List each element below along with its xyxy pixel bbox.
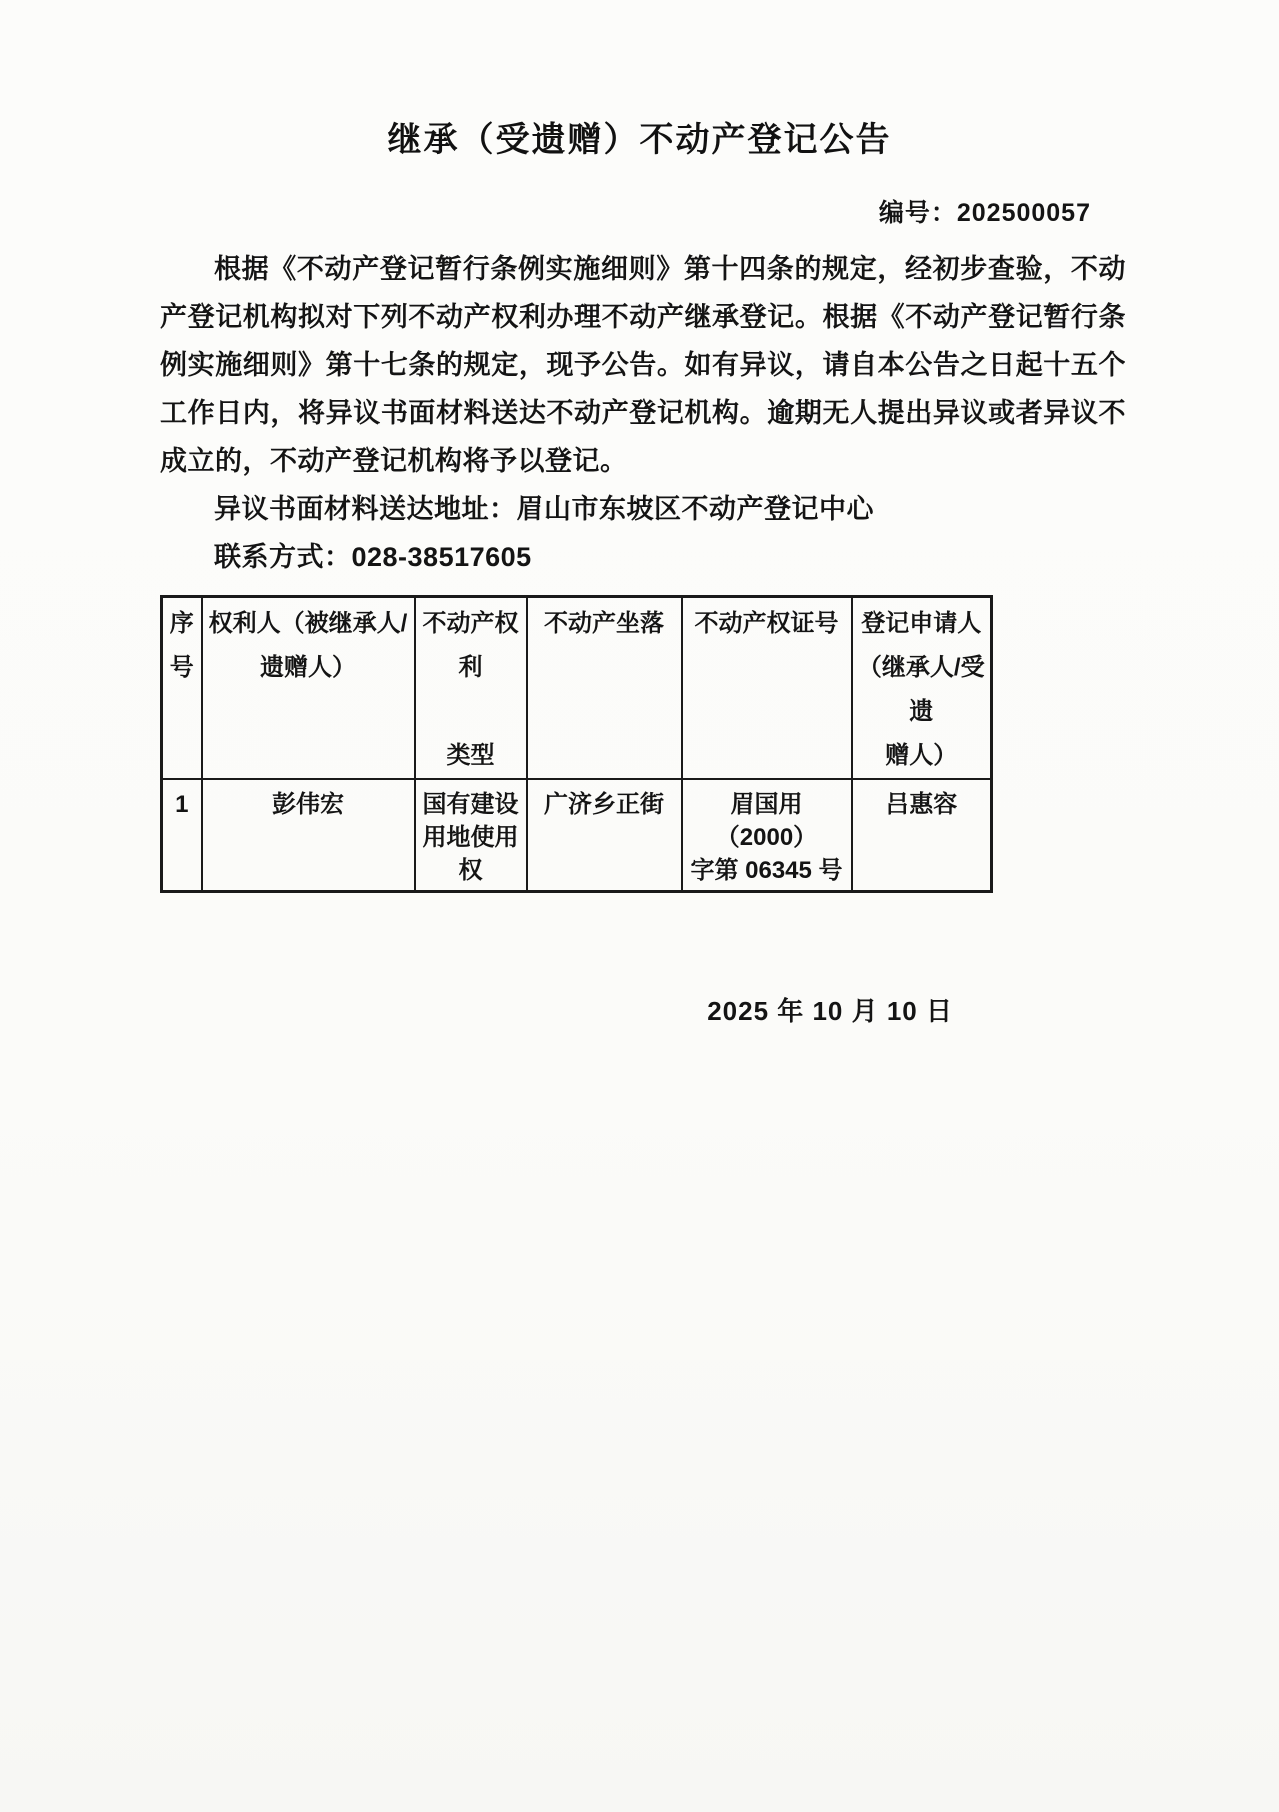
page-title: 继承（受遗赠）不动产登记公告 [0, 0, 1279, 161]
registration-table: 序 号 权利人（被继承人/ 遗赠人） 不动产权 利 类型 不动产坐落 不动产权证… [160, 595, 993, 893]
table-header-applicant: 登记申请人 （继承人/受 遗 赠人） [852, 597, 992, 780]
cell-certificate-no: 眉国用（2000） 字第 06345 号 [682, 779, 852, 891]
table-header-seq: 序 号 [162, 597, 202, 780]
table-header-right-type: 不动产权 利 类型 [415, 597, 527, 780]
table-header-location: 不动产坐落 [527, 597, 682, 780]
table-header-row: 序 号 权利人（被继承人/ 遗赠人） 不动产权 利 类型 不动产坐落 不动产权证… [162, 597, 992, 780]
cell-seq: 1 [162, 779, 202, 891]
cell-applicant: 吕惠容 [852, 779, 992, 891]
notice-document: 继承（受遗赠）不动产登记公告 编号：202500057 根据《不动产登记暂行条例… [0, 0, 1279, 1812]
objection-address-line: 异议书面材料送达地址：眉山市东坡区不动产登记中心 [160, 485, 1126, 533]
table-header-rights-holder: 权利人（被继承人/ 遗赠人） [202, 597, 415, 780]
cell-rights-holder: 彭伟宏 [202, 779, 415, 891]
notice-body-paragraph: 根据《不动产登记暂行条例实施细则》第十四条的规定，经初步查验，不动产登记机构拟对… [160, 245, 1126, 485]
table-header-certificate-no: 不动产权证号 [682, 597, 852, 780]
cell-right-type: 国有建设 用地使用 权 [415, 779, 527, 891]
cell-location: 广济乡正街 [527, 779, 682, 891]
contact-line: 联系方式：028-38517605 [160, 533, 1126, 581]
table-row: 1 彭伟宏 国有建设 用地使用 权 广济乡正街 眉国用（2000） 字第 063… [162, 779, 992, 891]
date-line: 2025 年 10 月 10 日 [0, 991, 1279, 1028]
doc-number: 编号：202500057 [0, 193, 1279, 229]
